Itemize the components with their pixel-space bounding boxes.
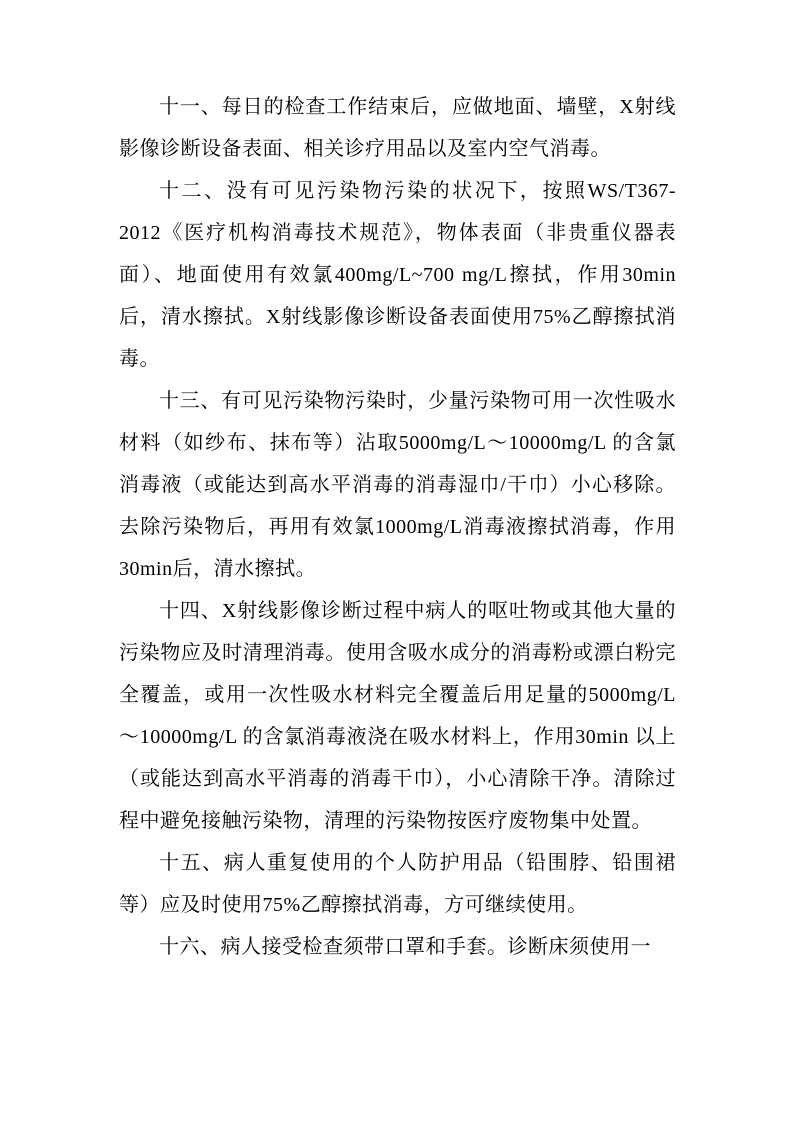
paragraph-14: 十四、X射线影像诊断过程中病人的呕吐物或其他大量的污染物应及时清理消毒。使用含吸… bbox=[119, 590, 676, 842]
paragraph-15: 十五、病人重复使用的个人防护用品（铅围脖、铅围裙等）应及时使用75%乙醇擦拭消毒… bbox=[119, 842, 676, 926]
paragraph-16: 十六、病人接受检查须带口罩和手套。诊断床须使用一 bbox=[119, 926, 676, 968]
paragraph-12: 十二、没有可见污染物污染的状况下，按照WS/T367-2012《医疗机构消毒技术… bbox=[119, 170, 676, 380]
document-body: 十一、每日的检查工作结束后，应做地面、墙壁，X射线影像诊断设备表面、相关诊疗用品… bbox=[119, 86, 676, 968]
document-page: 十一、每日的检查工作结束后，应做地面、墙壁，X射线影像诊断设备表面、相关诊疗用品… bbox=[0, 0, 794, 1123]
paragraph-13: 十三、有可见污染物污染时，少量污染物可用一次性吸水材料（如纱布、抹布等）沾取50… bbox=[119, 380, 676, 590]
paragraph-11: 十一、每日的检查工作结束后，应做地面、墙壁，X射线影像诊断设备表面、相关诊疗用品… bbox=[119, 86, 676, 170]
